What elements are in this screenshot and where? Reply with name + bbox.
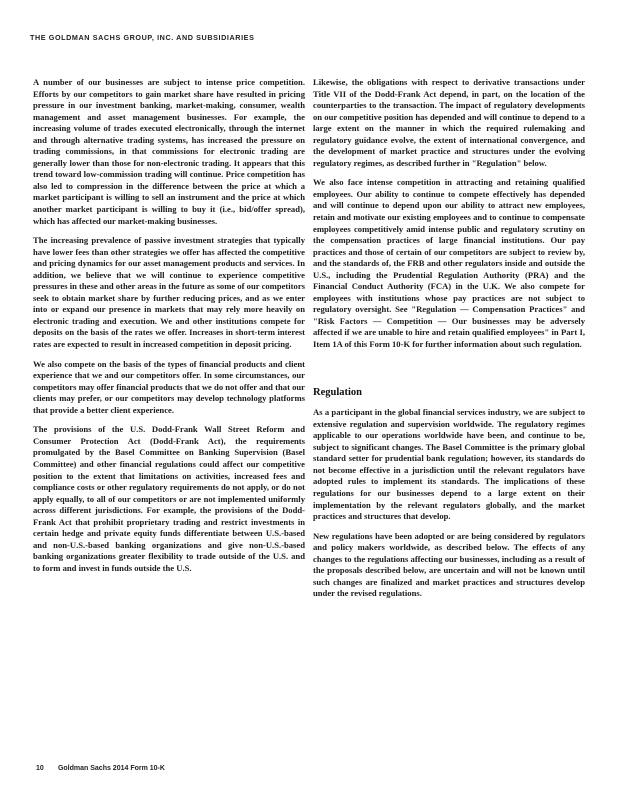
paragraph-derivatives: Likewise, the obligations with respect t… — [313, 77, 585, 169]
paragraph-regulation-overview: As a participant in the global financial… — [313, 407, 585, 522]
paragraph-regulation-changes: New regulations have been adopted or are… — [313, 531, 585, 600]
paragraph-price-competition: A number of our businesses are subject t… — [33, 77, 305, 227]
paragraph-dodd-frank: The provisions of the U.S. Dodd-Frank Wa… — [33, 424, 305, 574]
right-column: Likewise, the obligations with respect t… — [313, 77, 585, 608]
section-heading-regulation: Regulation — [313, 387, 585, 399]
paragraph-product-competition: We also compete on the basis of the type… — [33, 359, 305, 417]
left-column: A number of our businesses are subject t… — [33, 77, 305, 582]
page-footer: 10 Goldman Sachs 2014 Form 10-K — [36, 765, 165, 772]
paragraph-passive-strategies: The increasing prevalence of passive inv… — [33, 235, 305, 350]
page-number: 10 — [36, 765, 56, 772]
document-title: Goldman Sachs 2014 Form 10-K — [58, 765, 165, 772]
paragraph-employees: We also face intense competition in attr… — [313, 177, 585, 350]
running-head: The Goldman Sachs Group, Inc. and Subsid… — [30, 33, 254, 42]
